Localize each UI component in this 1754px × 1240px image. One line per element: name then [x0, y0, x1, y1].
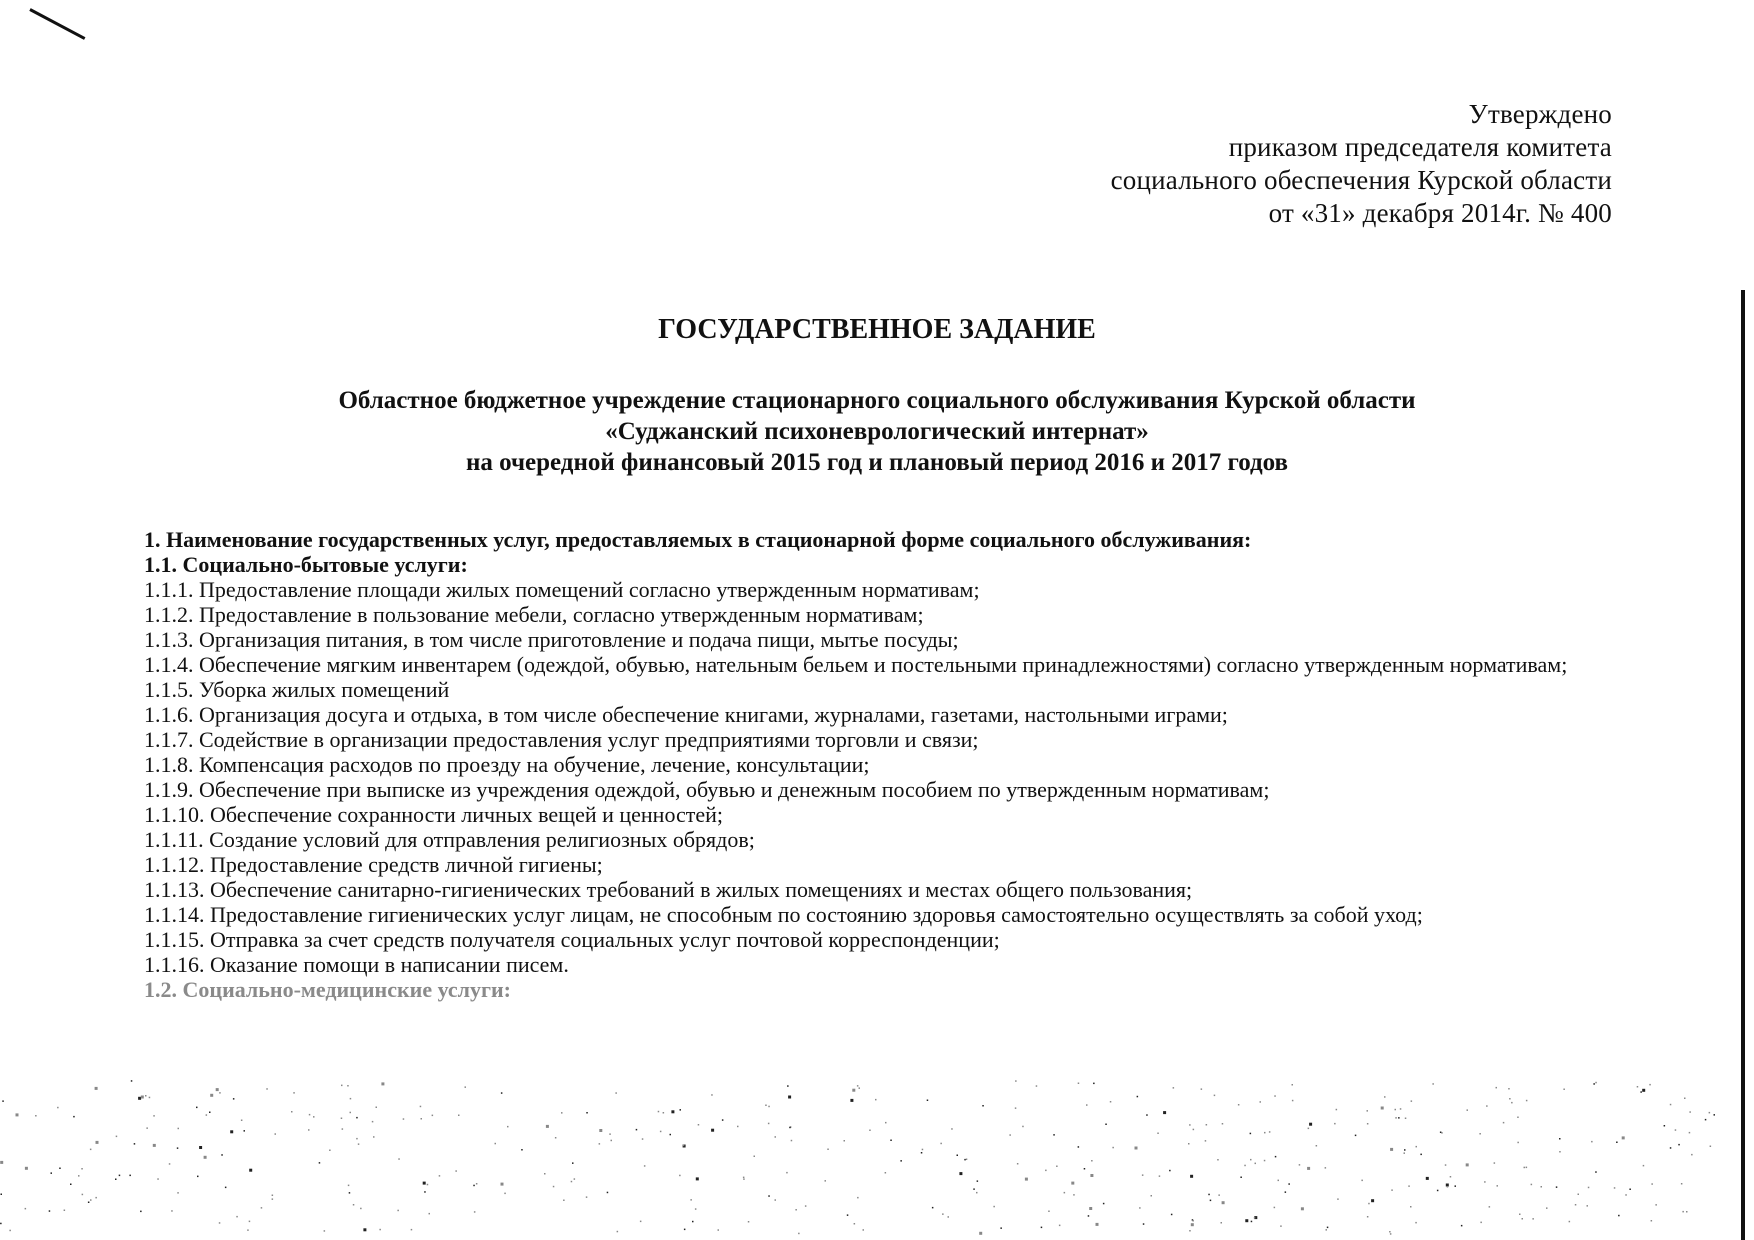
list-item: 1.1.5. Уборка жилых помещений	[144, 677, 1606, 702]
list-item: 1.1.9. Обеспечение при выписке из учрежд…	[144, 777, 1606, 802]
list-item: 1.1.1. Предоставление площади жилых поме…	[144, 577, 1606, 602]
list-item: 1.1.15. Отправка за счет средств получат…	[144, 927, 1606, 952]
list-item: 1.1.4. Обеспечение мягким инвентарем (од…	[144, 652, 1606, 677]
list-item: 1.1.14. Предоставление гигиенических усл…	[144, 902, 1606, 927]
subsection-heading: 1.1. Социально-бытовые услуги:	[144, 552, 1606, 577]
period-line: на очередной финансовый 2015 год и плано…	[0, 447, 1754, 478]
list-item: 1.1.8. Компенсация расходов по проезду н…	[144, 752, 1606, 777]
approval-line: социального обеспечения Курской области	[1111, 164, 1612, 197]
list-item: 1.1.10. Обеспечение сохранности личных в…	[144, 802, 1606, 827]
institution-short-name: «Суджанский психоневрологический интерна…	[0, 416, 1754, 447]
institution-name: Областное бюджетное учреждение стационар…	[0, 385, 1754, 416]
approval-line: от «31» декабря 2014г. № 400	[1111, 197, 1612, 230]
section-heading: 1. Наименование государственных услуг, п…	[144, 527, 1606, 552]
approval-block: Утверждено приказом председателя комитет…	[1111, 98, 1612, 230]
list-item: 1.1.7. Содействие в организации предоста…	[144, 727, 1606, 752]
list-item: 1.1.12. Предоставление средств личной ги…	[144, 852, 1606, 877]
list-item: 1.1.3. Организация питания, в том числе …	[144, 627, 1606, 652]
document-title: ГОСУДАРСТВЕННОЕ ЗАДАНИЕ	[0, 313, 1754, 347]
approval-line: Утверждено	[1111, 98, 1612, 131]
subsection-heading-faded: 1.2. Социально-медицинские услуги:	[144, 977, 1606, 1002]
approval-line: приказом председателя комитета	[1111, 131, 1612, 164]
list-item: 1.1.13. Обеспечение санитарно-гигиеничес…	[144, 877, 1606, 902]
list-item: 1.1.16. Оказание помощи в написании писе…	[144, 952, 1606, 977]
document-subtitle: Областное бюджетное учреждение стационар…	[0, 385, 1754, 478]
scan-noise	[0, 1080, 1754, 1240]
list-item: 1.1.2. Предоставление в пользование мебе…	[144, 602, 1606, 627]
scan-artifact-stroke	[29, 8, 85, 40]
list-item: 1.1.6. Организация досуга и отдыха, в то…	[144, 702, 1606, 727]
document-body: 1. Наименование государственных услуг, п…	[144, 527, 1606, 1002]
list-item: 1.1.11. Создание условий для отправления…	[144, 827, 1606, 852]
